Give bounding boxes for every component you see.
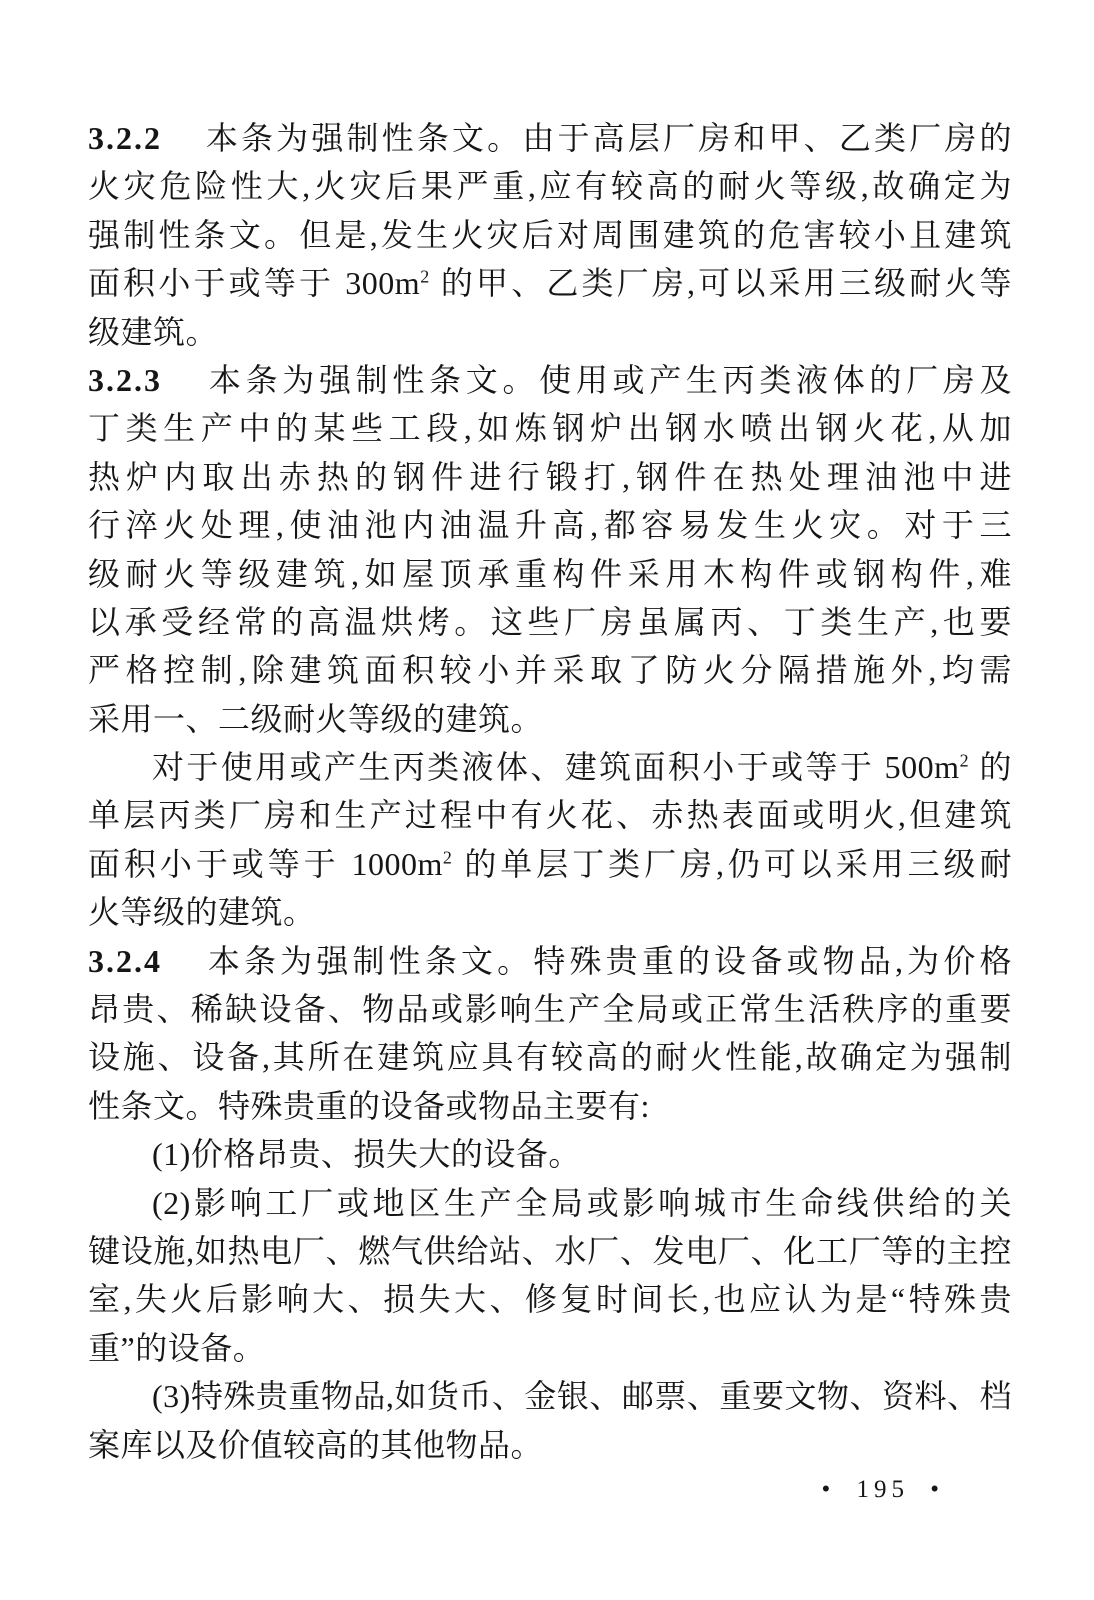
text-line: 火等级的建筑。 xyxy=(88,888,1012,936)
text-line: 级建筑。 xyxy=(88,308,1012,356)
text-line: 强制性条文。但是,发生火灾后对周围建筑的危害较小且建筑 xyxy=(88,211,1012,259)
text-line: 室,失火后影响大、损失大、修复时间长,也应认为是“特殊贵 xyxy=(88,1275,1012,1323)
text-line: (3)特殊贵重物品,如货币、金银、邮票、重要文物、资料、档 xyxy=(88,1372,1012,1420)
text-line: (1)价格昂贵、损失大的设备。 xyxy=(88,1130,1012,1178)
text-line: 3.2.3 本条为强制性条文。使用或产生丙类液体的厂房及 xyxy=(88,356,1012,404)
page-number: • 195 • xyxy=(821,1476,944,1504)
section-number: 3.2.4 xyxy=(88,943,168,979)
text-line: 单层丙类厂房和生产过程中有火花、赤热表面或明火,但建筑 xyxy=(88,791,1012,839)
text-line: 昂贵、稀缺设备、物品或影响生产全局或正常生活秩序的重要 xyxy=(88,985,1012,1033)
text-line: 键设施,如热电厂、燃气供给站、水厂、发电厂、化工厂等的主控 xyxy=(88,1227,1012,1275)
text-line: 对于使用或产生丙类液体、建筑面积小于或等于 500m2 的 xyxy=(88,743,1012,791)
text-line: 严格控制,除建筑面积较小并采取了防火分隔措施外,均需 xyxy=(88,646,1012,694)
text-line: 案库以及价值较高的其他物品。 xyxy=(88,1421,1012,1469)
text-line: 重”的设备。 xyxy=(88,1324,1012,1372)
text-line: 火灾危险性大,火灾后果严重,应有较高的耐火等级,故确定为 xyxy=(88,162,1012,210)
text-line: 性条文。特殊贵重的设备或物品主要有: xyxy=(88,1082,1012,1130)
text-line: 丁类生产中的某些工段,如炼钢炉出钢水喷出钢火花,从加 xyxy=(88,404,1012,452)
text-line: 面积小于或等于 1000m2 的单层丁类厂房,仍可以采用三级耐 xyxy=(88,840,1012,888)
text-line: 采用一、二级耐火等级的建筑。 xyxy=(88,695,1012,743)
text-line: 3.2.4 本条为强制性条文。特殊贵重的设备或物品,为价格 xyxy=(88,937,1012,985)
section-number: 3.2.3 xyxy=(88,362,168,398)
text-line: 热炉内取出赤热的钢件进行锻打,钢件在热处理油池中进 xyxy=(88,453,1012,501)
text-line: 行淬火处理,使油池内油温升高,都容易发生火灾。对于三 xyxy=(88,501,1012,549)
text-line: 3.2.2 本条为强制性条文。由于高层厂房和甲、乙类厂房的 xyxy=(88,114,1012,162)
text-line: 设施、设备,其所在建筑应具有较高的耐火性能,故确定为强制 xyxy=(88,1033,1012,1081)
text-line: (2)影响工厂或地区生产全局或影响城市生命线供给的关 xyxy=(88,1179,1012,1227)
section-number: 3.2.2 xyxy=(88,120,168,156)
text-line: 级耐火等级建筑,如屋顶承重构件采用木构件或钢构件,难 xyxy=(88,550,1012,598)
text-line: 面积小于或等于 300m2 的甲、乙类厂房,可以采用三级耐火等 xyxy=(88,259,1012,307)
text-line: 以承受经常的高温烘烤。这些厂房虽属丙、丁类生产,也要 xyxy=(88,598,1012,646)
document-page: 3.2.2 本条为强制性条文。由于高层厂房和甲、乙类厂房的火灾危险性大,火灾后果… xyxy=(0,0,1094,1600)
body-text: 3.2.2 本条为强制性条文。由于高层厂房和甲、乙类厂房的火灾危险性大,火灾后果… xyxy=(88,114,1012,1469)
